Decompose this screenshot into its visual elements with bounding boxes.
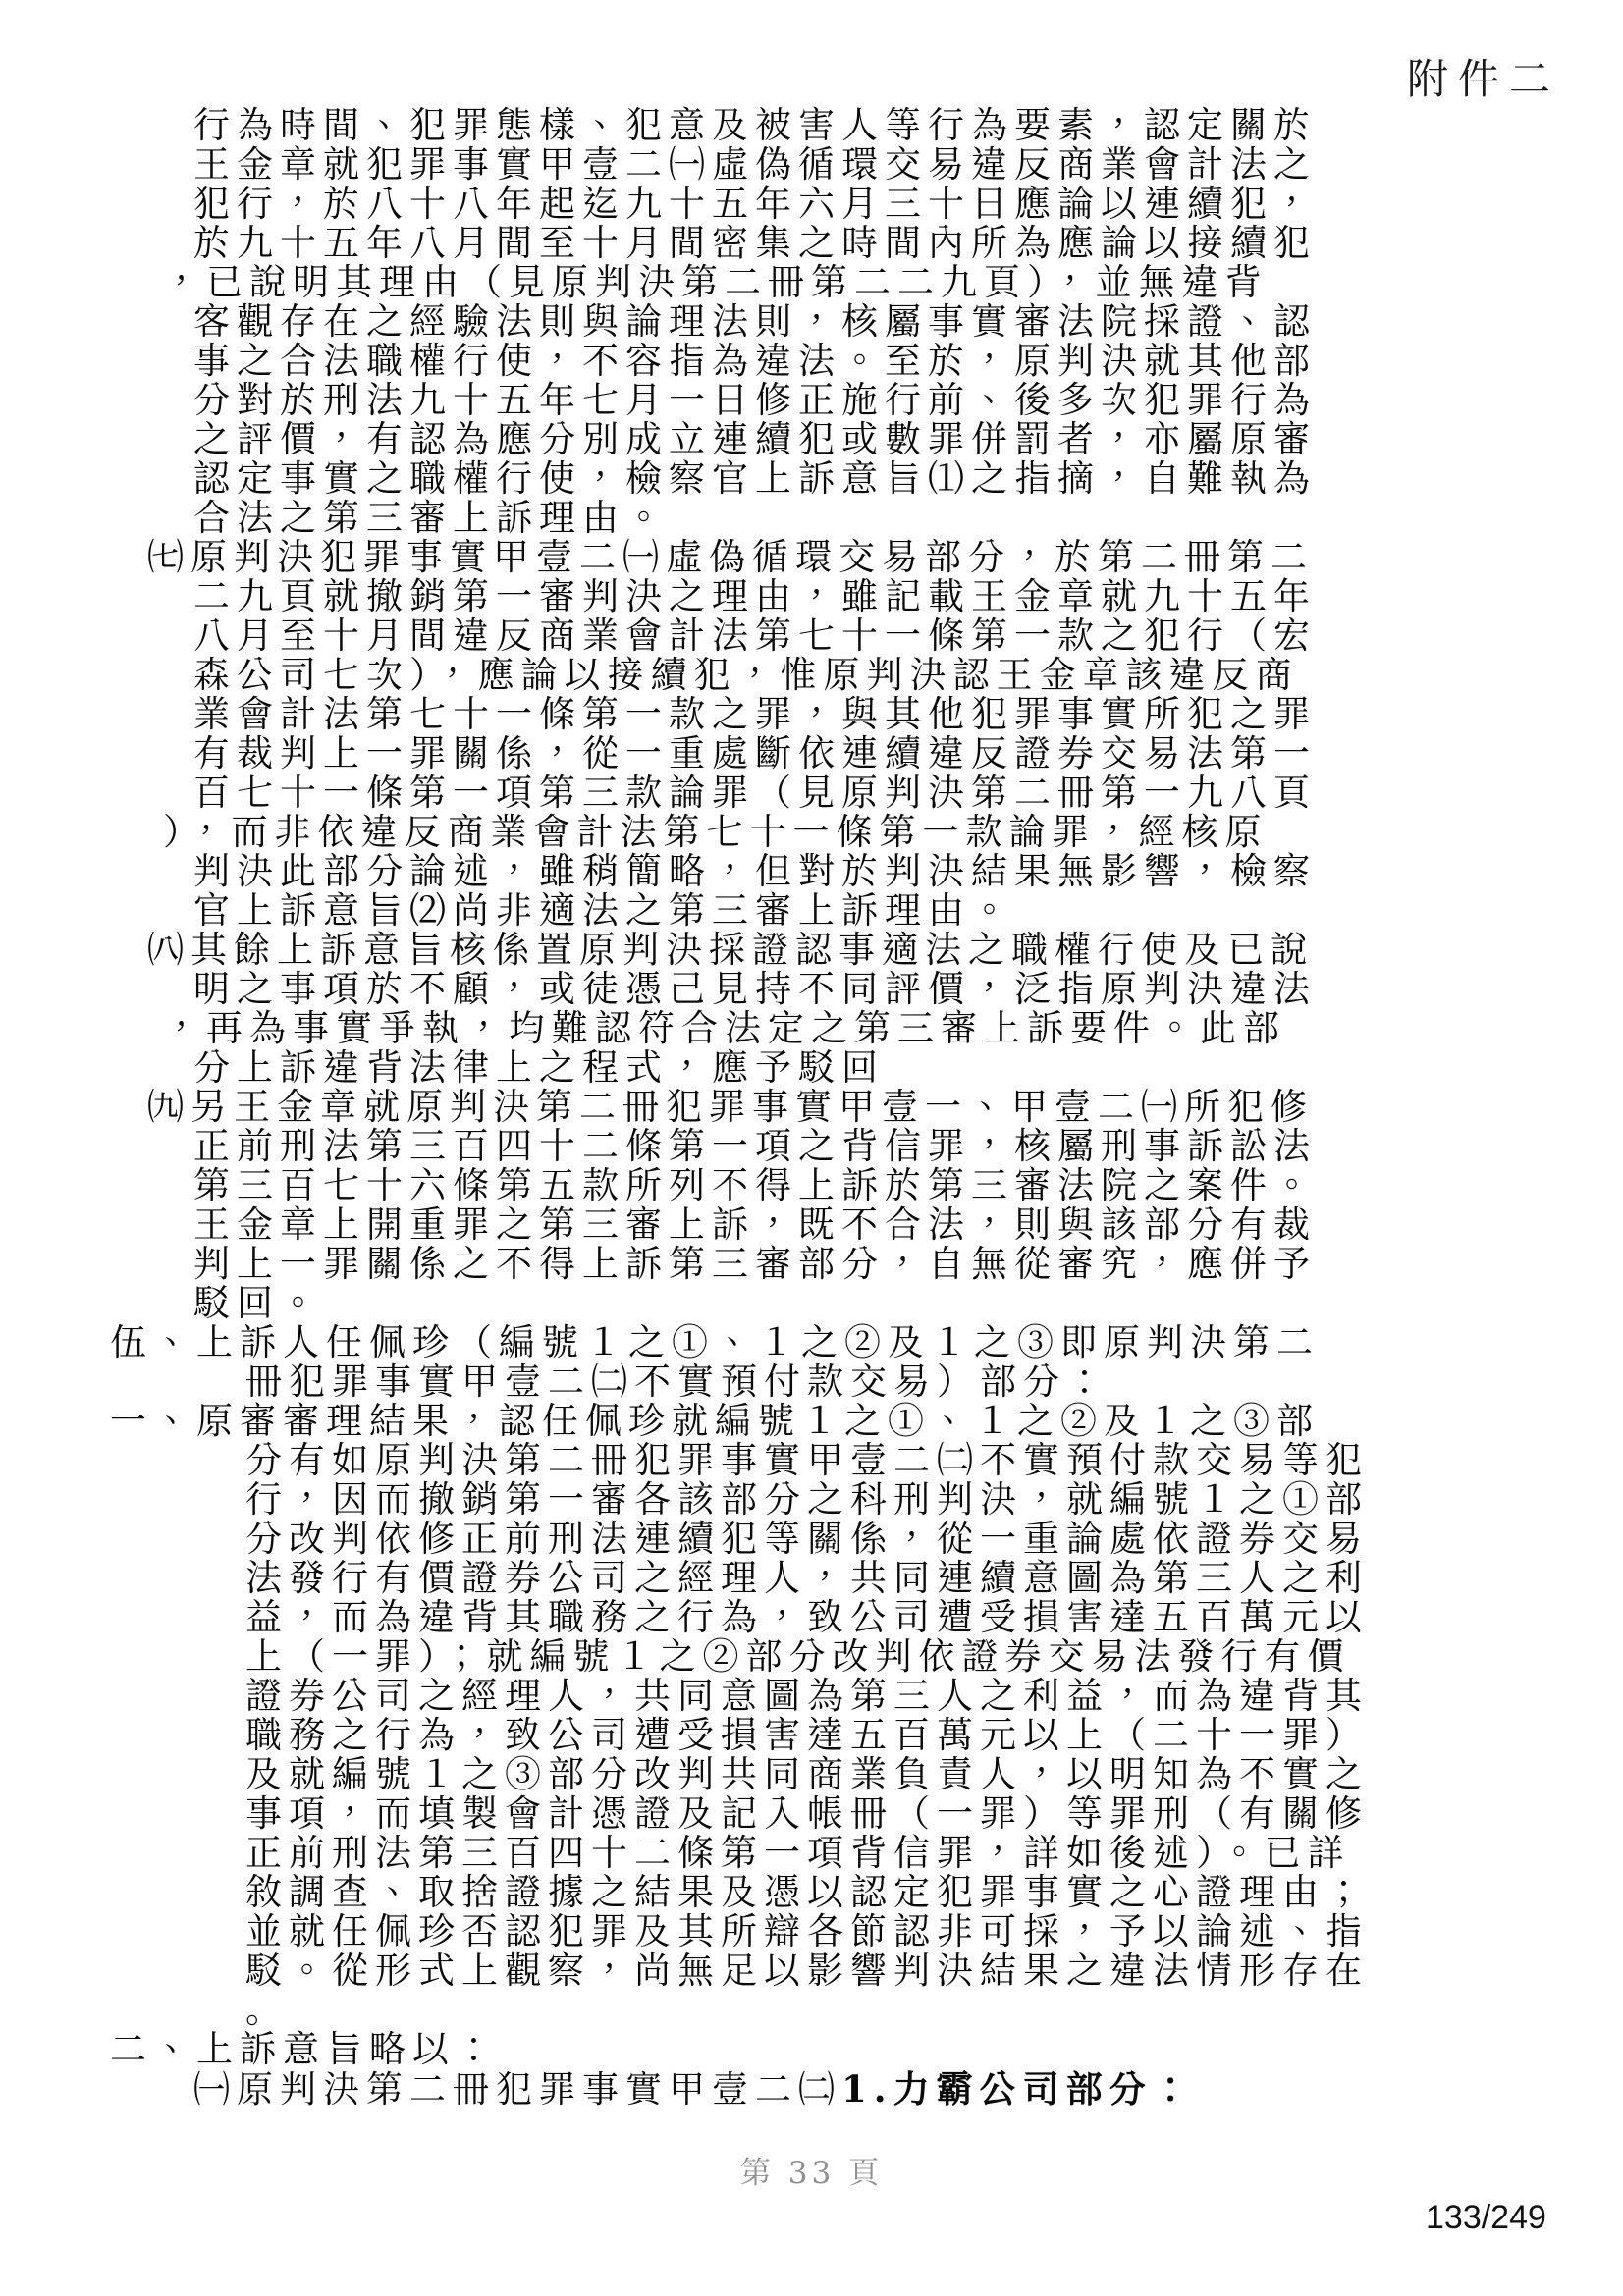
- document-line: 業會計法第七十一條第一款之罪，與其他犯罪事實所犯之罪: [193, 695, 1623, 734]
- document-line: 八月至十月間違反商業會計法第七十一條第一款之犯行（宏: [193, 616, 1623, 656]
- document-line: 犯行，於八十八年起迄九十五年六月三十日應論以連續犯，: [193, 185, 1623, 224]
- document-line: 認定事實之職權行使，檢察官上訴意旨⑴之指摘，自難執為: [193, 459, 1623, 499]
- document-line: 分有如原判決第二冊犯罪事實甲壹二㈡不實預付款交易等犯: [245, 1441, 1623, 1480]
- document-body: 行為時間、犯罪態樣、犯意及被害人等行為要素，認定關於王金章就犯罪事實甲壹二㈠虛偽…: [0, 106, 1623, 2109]
- document-line: 森公司七次），應論以接續犯，惟原判決認王金章該違反商: [193, 656, 1623, 695]
- document-line: 一、原審審理結果，認任佩珍就編號１之①、１之②及１之③部: [110, 1402, 1623, 1441]
- document-line: ，已說明其理由（見原判決第二冊第二二九頁），並無違背: [163, 263, 1623, 302]
- document-line: 職務之行為，致公司遭受損害達五百萬元以上（二十一罪）: [245, 1716, 1623, 1755]
- document-line: 王金章就犯罪事實甲壹二㈠虛偽循環交易違反商業會計法之: [193, 145, 1623, 185]
- document-line: 有裁判上一罪關係，從一重處斷依連續違反證券交易法第一: [193, 734, 1623, 774]
- document-line: 百七十一條第一項第三款論罪（見原判決第二冊第一九八頁: [193, 774, 1623, 813]
- document-line: 冊犯罪事實甲壹二㈡不實預付款交易）部分：: [245, 1362, 1623, 1402]
- document-line: 分對於刑法九十五年七月一日修正施行前、後多次犯罪行為: [193, 381, 1623, 420]
- document-line: 及就編號１之③部分改判共同商業負責人，以明知為不實之: [245, 1755, 1623, 1794]
- document-line: 駁。從形式上觀察，尚無足以影響判決結果之違法情形存在: [245, 1951, 1623, 1991]
- document-line: 證券公司之經理人，共同意圖為第三人之利益，而為違背其: [245, 1677, 1623, 1716]
- document-line: ㈧其餘上訴意旨核係置原判決採證認事適法之職權行使及已說: [147, 931, 1623, 970]
- document-line: 分改判依修正前刑法連續犯等關係，從一重論處依證券交易: [245, 1520, 1623, 1559]
- bold-section-heading: 1.力霸公司部分：: [841, 2067, 1196, 2110]
- document-line: 判上一罪關係之不得上訴第三審部分，自無從審究，應併予: [193, 1245, 1623, 1284]
- document-line: 駁回。: [193, 1284, 1623, 1323]
- document-line: 正前刑法第三百四十二條第一項背信罪，詳如後述）。已詳: [245, 1834, 1623, 1873]
- document-line: ㈨另王金章就原判決第二冊犯罪事實甲壹一、甲壹二㈠所犯修: [147, 1088, 1623, 1127]
- document-line: 合法之第三審上訴理由。: [193, 499, 1623, 538]
- document-line: 事之合法職權行使，不容指為違法。至於，原判決就其他部: [193, 342, 1623, 381]
- attachment-label: 附件二: [1407, 47, 1560, 106]
- document-line: 於九十五年八月間至十月間密集之時間內所為應論以接續犯: [193, 224, 1623, 263]
- document-line: 王金章上開重罪之第三審上訴，既不合法，則與該部分有裁: [193, 1205, 1623, 1245]
- document-line: 分上訴違背法律上之程式，應予駁回: [193, 1048, 1623, 1088]
- document-line: ㈦原判決犯罪事實甲壹二㈠虛偽循環交易部分，於第二冊第二: [147, 538, 1623, 577]
- document-line: 行，因而撤銷第一審各該部分之科刑判決，就編號１之①部: [245, 1480, 1623, 1520]
- document-line: 並就任佩珍否認犯罪及其所辯各節認非可採，予以論述、指: [245, 1912, 1623, 1951]
- document-line: 益，而為違背其職務之行為，致公司遭受損害達五百萬元以: [245, 1598, 1623, 1637]
- document-line: 判決此部分論述，雖稍簡略，但對於判決結果無影響，檢察: [193, 852, 1623, 891]
- document-line: ㈠原判決第二冊犯罪事實甲壹二㈡1.力霸公司部分：: [193, 2069, 1623, 2109]
- document-line: 二、上訴意旨略以：: [110, 2030, 1623, 2069]
- document-line: 上（一罪）；就編號１之②部分改判依證券交易法發行有價: [245, 1637, 1623, 1677]
- document-line: 明之事項於不顧，或徒憑己見持不同評價，泛指原判決違法: [193, 970, 1623, 1009]
- page-number-footer: 第 33 頁: [0, 2148, 1623, 2192]
- document-line: 官上訴意旨⑵尚非適法之第三審上訴理由。: [193, 891, 1623, 931]
- document-line: 客觀存在之經驗法則與論理法則，核屬事實審法院採證、認: [193, 302, 1623, 342]
- document-line: 第三百七十六條第五款所列不得上訴於第三審法院之案件。: [193, 1166, 1623, 1205]
- document-line: 伍、上訴人任佩珍（編號１之①、１之②及１之③即原判決第二: [110, 1323, 1623, 1362]
- document-line: 事項，而填製會計憑證及記入帳冊（一罪）等罪刑（有關修: [245, 1794, 1623, 1834]
- document-line: 敘調查、取捨證據之結果及憑以認定犯罪事實之心證理由；: [245, 1873, 1623, 1912]
- pdf-page-indicator: 133/249: [1426, 2199, 1546, 2237]
- document-line: ），而非依違反商業會計法第七十一條第一款論罪，經核原: [163, 813, 1623, 852]
- document-line: 法發行有價證券公司之經理人，共同連續意圖為第三人之利: [245, 1559, 1623, 1598]
- document-line: 。: [245, 1991, 1623, 2030]
- document-line: 之評價，有認為應分別成立連續犯或數罪併罰者，亦屬原審: [193, 420, 1623, 459]
- document-line: 二九頁就撤銷第一審判決之理由，雖記載王金章就九十五年: [193, 577, 1623, 616]
- document-line: 正前刑法第三百四十二條第一項之背信罪，核屬刑事訴訟法: [193, 1127, 1623, 1166]
- document-line: 行為時間、犯罪態樣、犯意及被害人等行為要素，認定關於: [193, 106, 1623, 145]
- document-line: ，再為事實爭執，均難認符合法定之第三審上訴要件。此部: [163, 1009, 1623, 1048]
